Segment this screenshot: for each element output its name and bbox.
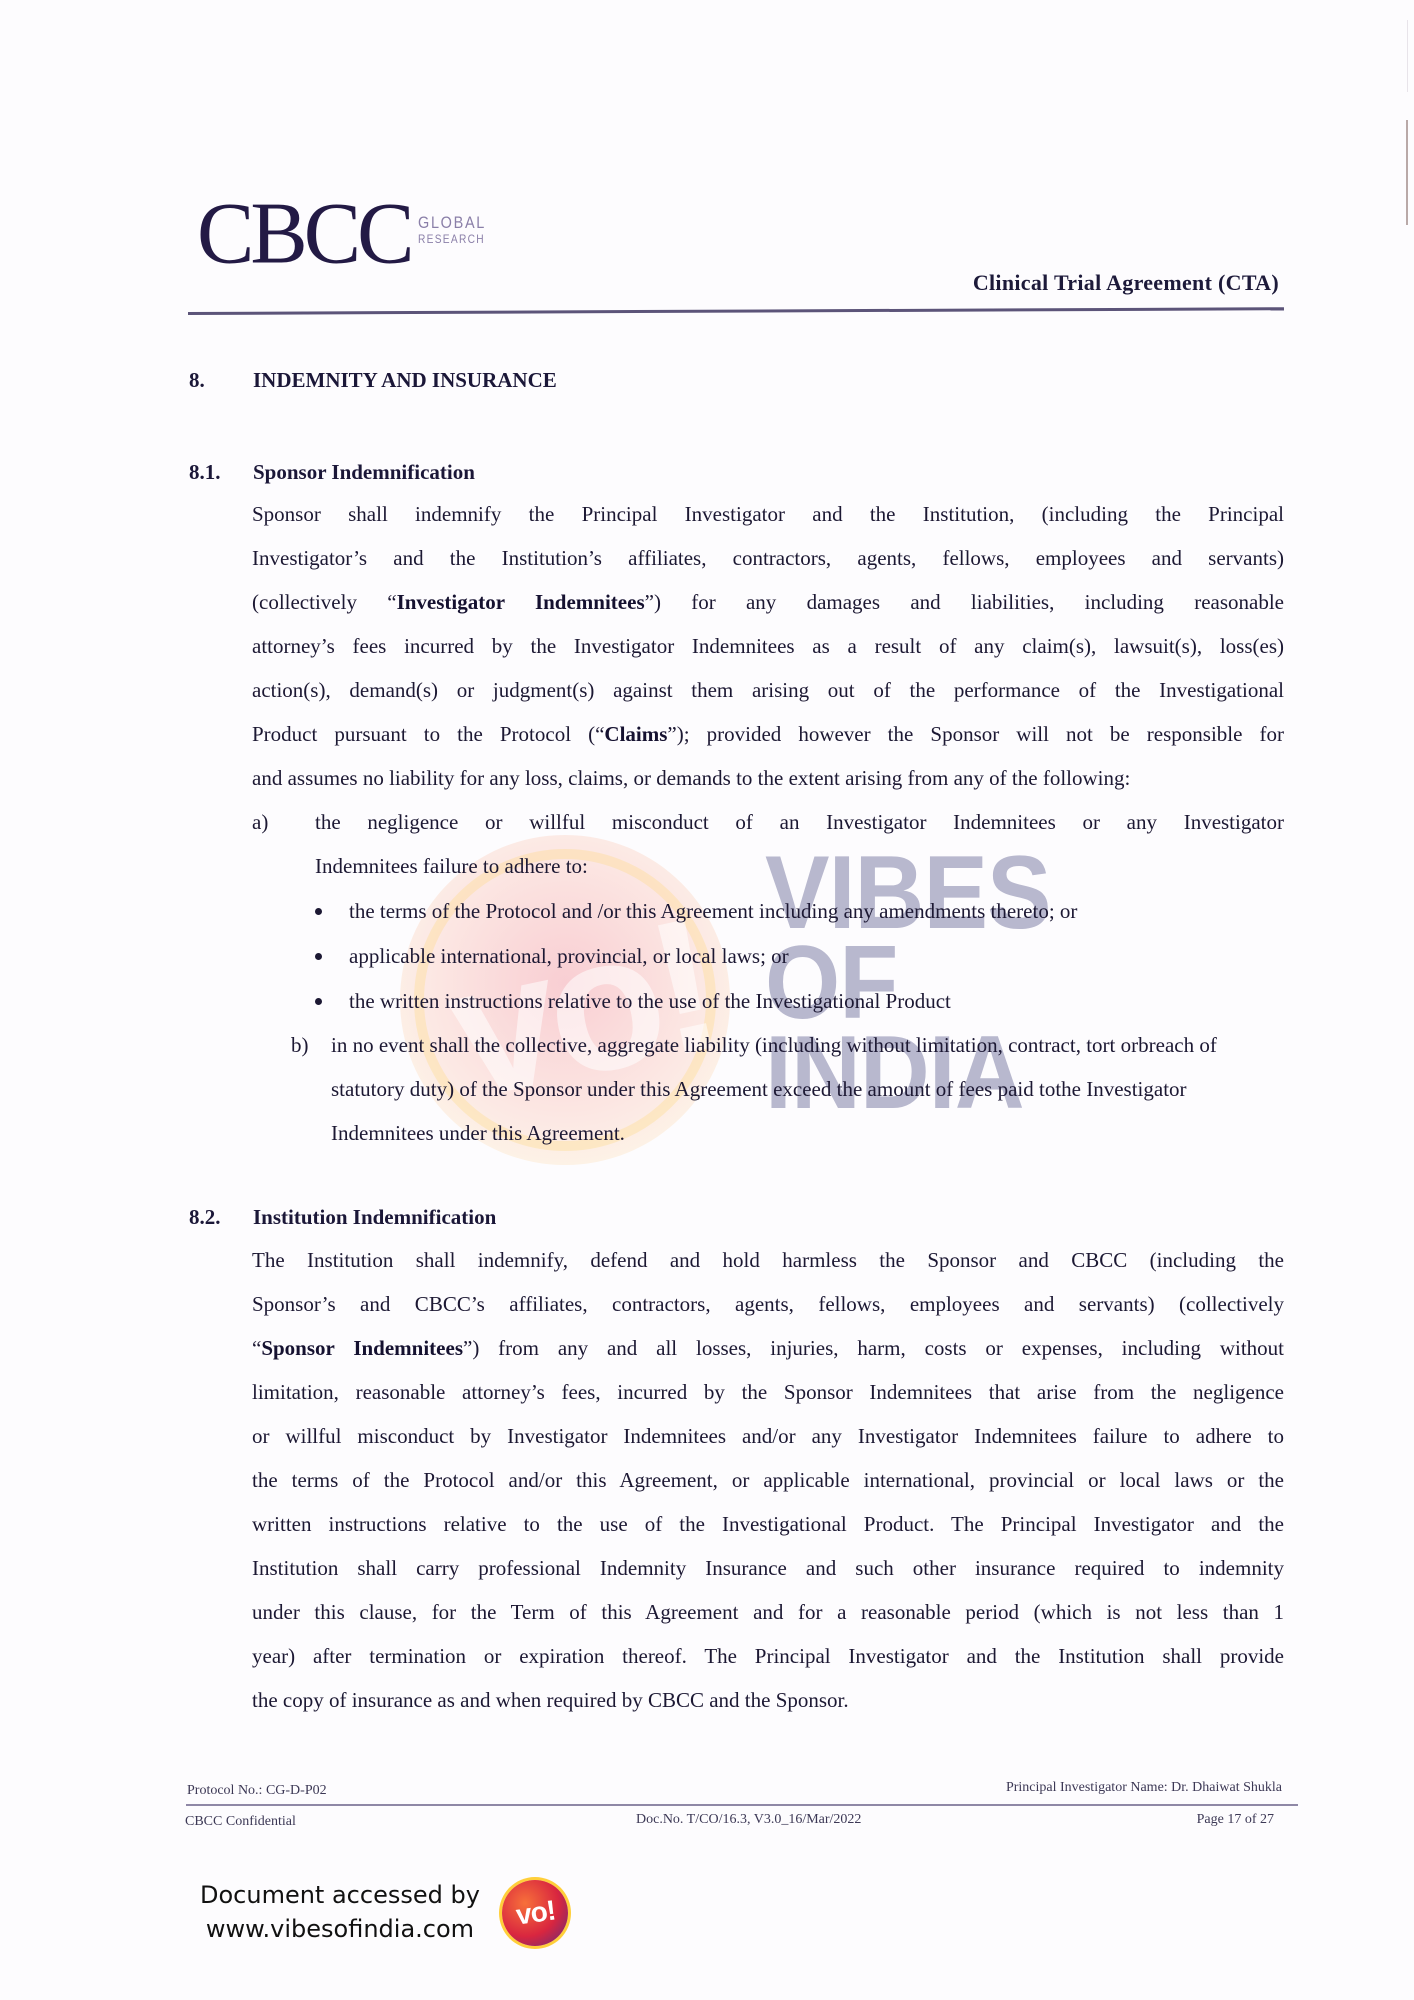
credit-url[interactable]: www.vibesofindia.com [200, 1912, 480, 1946]
vibes-of-india-logo-icon: vo! [502, 1880, 568, 1946]
paragraph-line: year) after termination or expiration th… [252, 1634, 1284, 1678]
footer-protocol: Protocol No.: CG-D-P02 [187, 1783, 327, 1799]
clause-text: the negligence or willful misconduct of … [315, 800, 1284, 888]
defined-term: Claims [604, 722, 667, 746]
bullet-text: the written instructions relative to the… [349, 979, 951, 1023]
sponsor-indemnification-paragraph: Sponsor shall indemnify the Principal In… [252, 492, 1284, 800]
logo-subtitle: GLOBAL RESEARCH [418, 214, 498, 245]
clause-line: Indemnitees failure to adhere to: [315, 844, 1284, 888]
bullet-text: applicable international, provincial, or… [349, 934, 789, 978]
document-title: Clinical Trial Agreement (CTA) [973, 270, 1279, 296]
footer-investigator: Principal Investigator Name: Dr. Dhaiwat… [1006, 1780, 1282, 1796]
subsection-number: 8.1. [189, 460, 253, 485]
cbcc-logo: CBCC GLOBAL RESEARCH [197, 190, 499, 270]
paragraph-line: (collectively “Investigator Indemnitees”… [252, 580, 1284, 624]
paragraph-line: Product pursuant to the Protocol (“Claim… [252, 712, 1284, 756]
paragraph-line: The Institution shall indemnify, defend … [252, 1238, 1284, 1282]
clause-label: b) [291, 1023, 309, 1067]
paragraph-line: action(s), demand(s) or judgment(s) agai… [252, 668, 1284, 712]
footer-page-number: Page 17 of 27 [1197, 1812, 1274, 1828]
credit-line: Document accessed by [200, 1878, 480, 1912]
paragraph-line: “Sponsor Indemnitees”) from any and all … [252, 1326, 1284, 1370]
paragraph-line: or willful misconduct by Investigator In… [252, 1414, 1284, 1458]
paragraph-line: Sponsor shall indemnify the Principal In… [252, 492, 1284, 536]
subsection-title: Institution Indemnification [253, 1205, 496, 1229]
defined-term: Sponsor Indemnitees [261, 1336, 463, 1360]
paragraph-line: and assumes no liability for any loss, c… [252, 756, 1284, 800]
subsection-number: 8.2. [189, 1205, 253, 1230]
logo-icon-text: vo! [513, 1894, 556, 1931]
scan-edge-mark [1406, 120, 1408, 225]
paragraph-line: Investigator’s and the Institution’s aff… [252, 536, 1284, 580]
logo-mark: CBCC [197, 189, 410, 277]
subsection-heading-8-2: 8.2.Institution Indemnification [189, 1205, 496, 1230]
paragraph-line: in no event shall the collective, aggreg… [331, 1033, 1138, 1057]
paragraph-line: under this clause, for the Term of this … [252, 1590, 1284, 1634]
subsection-title: Sponsor Indemnification [253, 460, 475, 484]
clause-line: the negligence or willful misconduct of … [315, 800, 1284, 844]
bullet-icon [315, 953, 322, 960]
paragraph-line: written instructions relative to the use… [252, 1502, 1284, 1546]
clause-label: a) [252, 800, 268, 844]
header-divider [188, 307, 1284, 315]
paragraph-line: attorney’s fees incurred by the Investig… [252, 624, 1284, 668]
paragraph-line: the copy of insurance as and when requir… [252, 1678, 1284, 1722]
section-number: 8. [189, 368, 253, 393]
access-credit: Document accessed by www.vibesofindia.co… [200, 1878, 480, 1946]
paragraph-line: Institution shall carry professional Ind… [252, 1546, 1284, 1590]
logo-sub-line2: RESEARCH [418, 233, 486, 245]
section-heading: 8.INDEMNITY AND INSURANCE [189, 368, 557, 393]
institution-indemnification-paragraph: The Institution shall indemnify, defend … [252, 1238, 1284, 1722]
clause-text: in no event shall the collective, aggreg… [331, 1023, 1284, 1155]
footer-doc-number: Doc.No. T/CO/16.3, V3.0_16/Mar/2022 [636, 1812, 861, 1828]
paragraph-line: limitation, reasonable attorney’s fees, … [252, 1370, 1284, 1414]
logo-sub-line1: GLOBAL [418, 214, 486, 231]
subsection-heading-8-1: 8.1.Sponsor Indemnification [189, 460, 475, 485]
defined-term: Investigator Indemnitees [397, 590, 645, 614]
bullet-icon [315, 908, 322, 915]
footer-confidential: CBCC Confidential [185, 1814, 296, 1830]
footer-divider [186, 1804, 1298, 1806]
paragraph-line: the terms of the Protocol and/or this Ag… [252, 1458, 1284, 1502]
paragraph-line: Sponsor’s and CBCC’s affiliates, contrac… [252, 1282, 1284, 1326]
scan-edge-mark [1407, 20, 1408, 92]
bullet-text: the terms of the Protocol and /or this A… [349, 889, 1077, 933]
bullet-icon [315, 998, 322, 1005]
section-title: INDEMNITY AND INSURANCE [253, 368, 557, 392]
